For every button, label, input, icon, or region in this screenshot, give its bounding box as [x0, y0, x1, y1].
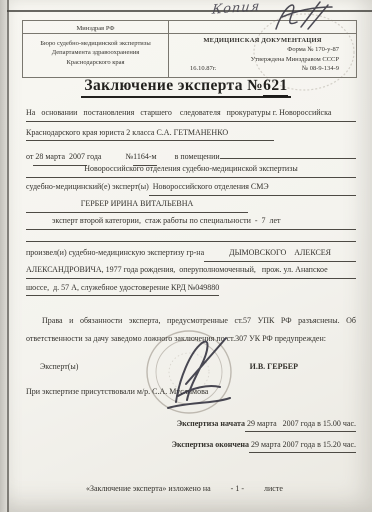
- form-number-label: Форма № 170-у-87: [172, 45, 353, 54]
- sheets-prefix: «Заключение эксперта» изложено на: [86, 484, 211, 494]
- subject-line-2-text: АЛЕКСАНДРОВИЧА, 1977 года рождения, опер…: [26, 265, 356, 279]
- basis-line-1: На основании постановления старшего след…: [26, 108, 356, 122]
- doc-type-label: МЕДИЦИНСКАЯ ДОКУМЕНТАЦИЯ: [172, 36, 353, 45]
- premises-blank-line: [220, 149, 356, 159]
- ministry-cell: Минздрав РФ: [23, 21, 169, 34]
- medical-documentation-cell: МЕДИЦИНСКАЯ ДОКУМЕНТАЦИЯ Форма № 170-у-8…: [169, 34, 356, 77]
- expert-name-line: ГЕРБЕР ИРИНА ВИТАЛЬЕВНА: [26, 199, 248, 213]
- approved-number: № 08-9-134-9: [302, 64, 339, 73]
- title-number: 621: [263, 77, 287, 97]
- started-value: 29 марта 2007 года в 15.00 час.: [245, 419, 356, 432]
- expertise-finished-line: Экспертиза окончена 29 марта 2007 года в…: [26, 440, 356, 453]
- finished-label: Экспертиза окончена: [172, 440, 249, 450]
- date-label: от: [26, 152, 33, 162]
- approval-number-row: 16.10.87г.№ 08-9-134-9: [172, 64, 353, 73]
- experts-line: судебно-медицинский(е) эксперт(ы) Новоро…: [26, 182, 356, 196]
- sheets-count-line: «Заключение эксперта» изложено на- 1 -ли…: [26, 484, 356, 494]
- performed-label: произвел(и) судебно-медицинскую эксперти…: [26, 248, 204, 258]
- expert-qualification: эксперт второй категории, стаж работы по…: [52, 216, 281, 225]
- bureau-line: Департамента здравоохранения: [26, 48, 165, 57]
- document-title: Заключение эксперта №621: [0, 77, 372, 98]
- scanned-document-page: Копия Минздрав РФ Бюро судебно-медицинск…: [0, 0, 372, 512]
- blank-form-line: [26, 233, 356, 242]
- experts-value: Новороссийского отделения СМЭ: [149, 182, 356, 196]
- expertise-started-line: Экспертиза начата 29 марта 2007 года в 1…: [26, 419, 356, 432]
- sheets-suffix: листе: [264, 484, 283, 494]
- scan-edge-left-line: [7, 0, 9, 512]
- premises-label: в помещении: [175, 152, 220, 162]
- basis-line-2: Краснодарского края юриста 2 класса С.А.…: [26, 128, 356, 138]
- handwritten-signature-top-icon: [268, 0, 340, 35]
- title-label: Заключение эксперта №: [84, 77, 263, 94]
- subject-line-3-text: шоссе, д. 57 А, служебное удостоверение …: [26, 283, 219, 296]
- experts-label: судебно-медицинский(е) эксперт(ы): [26, 182, 149, 192]
- performed-line: произвел(и) судебно-медицинскую эксперти…: [26, 248, 356, 262]
- subject-line-2: АЛЕКСАНДРОВИЧА, 1977 года рождения, опер…: [26, 265, 356, 279]
- sheets-count: - 1 -: [231, 484, 244, 494]
- started-label: Экспертиза начата: [177, 419, 245, 429]
- premises-value: Новороссийского отделения судебно-медици…: [84, 164, 297, 173]
- case-no-label: №: [125, 152, 133, 162]
- basis-line-1-text: На основании постановления старшего след…: [26, 108, 356, 122]
- expert-sign-name: И.В. ГЕРБЕР: [250, 362, 298, 372]
- expert-name: ГЕРБЕР ИРИНА ВИТАЛЬЕВНА: [81, 199, 194, 208]
- approved-date: 16.10.87г.: [190, 64, 216, 73]
- premises-value-line: Новороссийского отделения судебно-медици…: [26, 164, 356, 178]
- approved-by-label: Утверждена Минздравом СССР: [172, 55, 353, 64]
- subject-name-1: ДЫМОВСКОГО АЛЕКСЕЯ: [204, 248, 356, 262]
- expert-sign-label: Эксперт(ы): [40, 362, 78, 372]
- date-suffix: года: [87, 152, 101, 162]
- expert-qualification-line: эксперт второй категории, стаж работы по…: [26, 216, 356, 230]
- basis-line-2-text: Краснодарского края юриста 2 класса С.А.…: [26, 128, 274, 141]
- handwritten-expert-signature-icon: [150, 328, 246, 412]
- bureau-line: Краснодарского края: [26, 58, 165, 67]
- bureau-line: Бюро судебно-медицинской экспертизы: [26, 39, 165, 48]
- finished-value: 29 марта 2007 года в 15.20 час.: [249, 440, 356, 453]
- subject-line-3: шоссе, д. 57 А, служебное удостоверение …: [26, 283, 356, 293]
- scan-edge-left: [0, 0, 7, 512]
- bureau-cell: Бюро судебно-медицинской экспертизыДепар…: [23, 34, 169, 77]
